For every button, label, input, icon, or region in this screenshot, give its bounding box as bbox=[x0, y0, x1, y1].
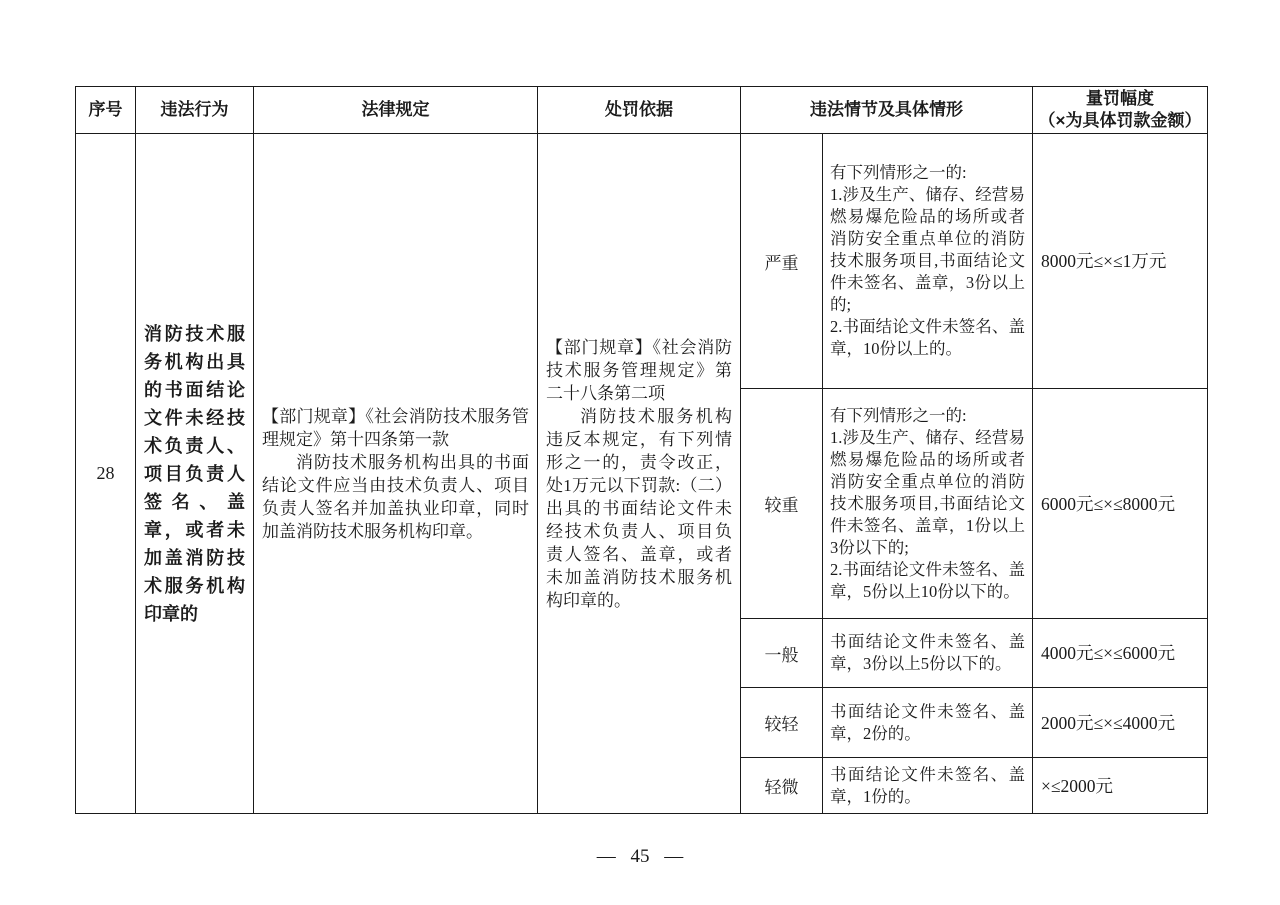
cell-circumstance-description: 有下列情形之一的: 1.涉及生产、储存、经营易燃易爆危险品的场所或者消防安全重点… bbox=[823, 389, 1033, 619]
cell-serial-number: 28 bbox=[76, 134, 136, 814]
penalty-range-text: 6000元≤×≤8000元 bbox=[1041, 491, 1175, 517]
penalty-basis-body: 消防技术服务机构违反本规定，有下列情形之一的，责令改正，处1万元以下罚款:（二）… bbox=[546, 405, 732, 612]
document-page: 序号 违法行为 法律规定 处罚依据 违法情节及具体情形 量罚幅度 （×为具体罚款… bbox=[0, 0, 1280, 905]
circumstance-text: 书面结论文件未签名、盖章，3份以上5份以下的。 bbox=[830, 631, 1025, 675]
header-serial-number: 序号 bbox=[76, 87, 136, 134]
cell-penalty-range: 2000元≤×≤4000元 bbox=[1033, 688, 1208, 758]
cell-circumstance-description: 书面结论文件未签名、盖章，1份的。 bbox=[823, 758, 1033, 814]
legal-provision-body: 消防技术服务机构出具的书面结论文件应当由技术负责人、项目负责人签名并加盖执业印章… bbox=[262, 451, 529, 543]
cell-circumstance-description: 有下列情形之一的: 1.涉及生产、储存、经营易燃易爆危险品的场所或者消防安全重点… bbox=[823, 134, 1033, 389]
penalty-range-text: 4000元≤×≤6000元 bbox=[1041, 640, 1175, 666]
cell-severity-level: 严重 bbox=[741, 134, 823, 389]
cell-legal-provision: 【部门规章】《社会消防技术服务管理规定》第十四条第一款 消防技术服务机构出具的书… bbox=[254, 134, 538, 814]
illegal-behavior-text: 消防技术服务机构出具的书面结论文件未经技术负责人、项目负责人签名、盖章，或者未加… bbox=[144, 320, 245, 628]
circumstance-text: 书面结论文件未签名、盖章，1份的。 bbox=[830, 764, 1025, 808]
cell-circumstance-description: 书面结论文件未签名、盖章，3份以上5份以下的。 bbox=[823, 619, 1033, 688]
cell-penalty-range: 8000元≤×≤1万元 bbox=[1033, 134, 1208, 389]
legal-provision-citation: 【部门规章】《社会消防技术服务管理规定》第十四条第一款 bbox=[262, 405, 529, 451]
header-illegal-behavior: 违法行为 bbox=[136, 87, 254, 134]
penalty-range-text: 8000元≤×≤1万元 bbox=[1041, 248, 1166, 274]
circumstance-text: 有下列情形之一的: 1.涉及生产、储存、经营易燃易爆危险品的场所或者消防安全重点… bbox=[830, 162, 1025, 360]
cell-penalty-range: 4000元≤×≤6000元 bbox=[1033, 619, 1208, 688]
cell-penalty-basis: 【部门规章】《社会消防技术服务管理规定》第二十八条第二项 消防技术服务机构违反本… bbox=[538, 134, 741, 814]
cell-severity-level: 较重 bbox=[741, 389, 823, 619]
penalty-table: 序号 违法行为 法律规定 处罚依据 违法情节及具体情形 量罚幅度 （×为具体罚款… bbox=[75, 86, 1208, 814]
cell-severity-level: 轻微 bbox=[741, 758, 823, 814]
cell-penalty-range: 6000元≤×≤8000元 bbox=[1033, 389, 1208, 619]
circumstance-text: 有下列情形之一的: 1.涉及生产、储存、经营易燃易爆危险品的场所或者消防安全重点… bbox=[830, 405, 1025, 603]
header-penalty-basis: 处罚依据 bbox=[538, 87, 741, 134]
page-number: — 45 — bbox=[0, 846, 1280, 868]
cell-illegal-behavior: 消防技术服务机构出具的书面结论文件未经技术负责人、项目负责人签名、盖章，或者未加… bbox=[136, 134, 254, 814]
penalty-basis-text: 【部门规章】《社会消防技术服务管理规定》第二十八条第二项 消防技术服务机构违反本… bbox=[546, 336, 732, 612]
cell-circumstance-description: 书面结论文件未签名、盖章，2份的。 bbox=[823, 688, 1033, 758]
circumstance-text: 书面结论文件未签名、盖章，2份的。 bbox=[830, 701, 1025, 745]
legal-provision-text: 【部门规章】《社会消防技术服务管理规定》第十四条第一款 消防技术服务机构出具的书… bbox=[262, 405, 529, 543]
penalty-range-text: 2000元≤×≤4000元 bbox=[1041, 710, 1175, 736]
header-circumstances: 违法情节及具体情形 bbox=[741, 87, 1033, 134]
header-penalty-range: 量罚幅度 （×为具体罚款金额） bbox=[1033, 87, 1208, 134]
cell-severity-level: 较轻 bbox=[741, 688, 823, 758]
cell-severity-level: 一般 bbox=[741, 619, 823, 688]
header-legal-provision: 法律规定 bbox=[254, 87, 538, 134]
cell-penalty-range: ×≤2000元 bbox=[1033, 758, 1208, 814]
penalty-basis-citation: 【部门规章】《社会消防技术服务管理规定》第二十八条第二项 bbox=[546, 336, 732, 405]
penalty-range-text: ×≤2000元 bbox=[1041, 773, 1113, 799]
